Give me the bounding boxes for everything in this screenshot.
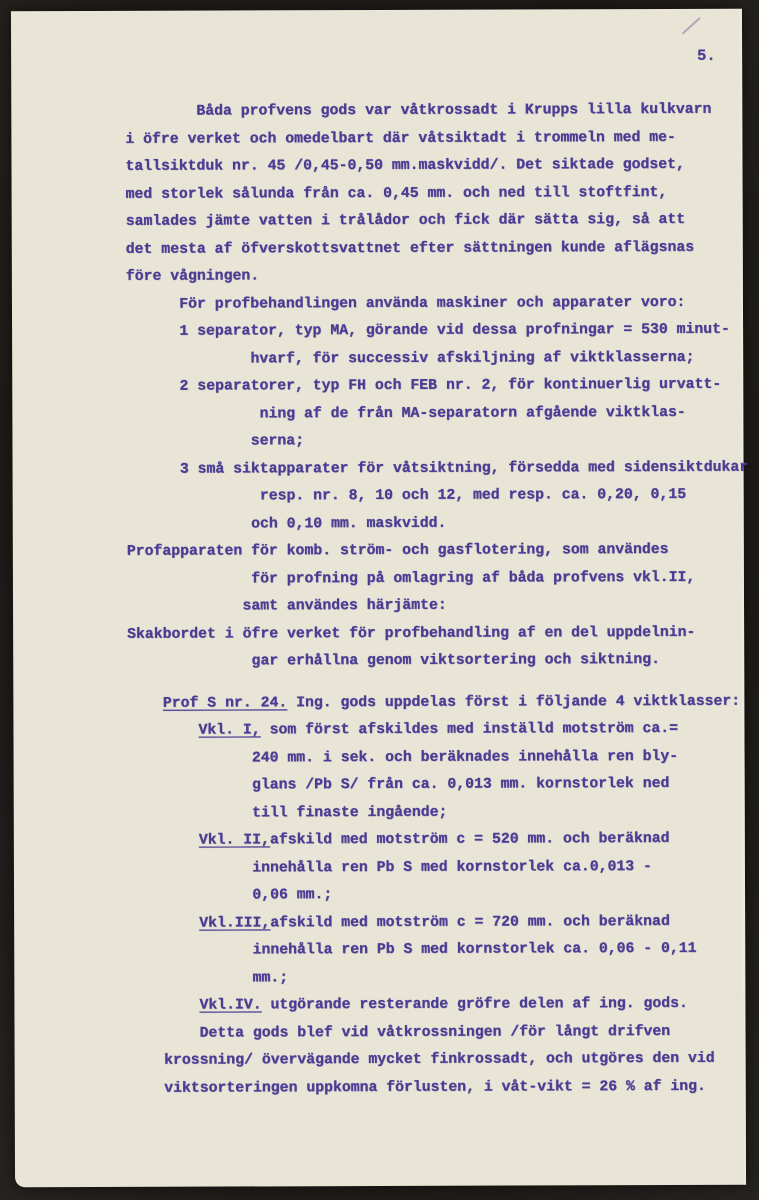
typed-line: Prof S nr. 24. Ing. gods uppdelas först …: [127, 688, 749, 718]
underlined-text: Prof S nr. 24.: [163, 695, 287, 711]
typed-line: Vkl.IV. utgörande resterande gröfre dele…: [128, 991, 750, 1021]
typed-line: samlades jämte vatten i trålådor och fic…: [126, 207, 748, 237]
typed-line: till finaste ingående;: [128, 798, 750, 828]
underlined-text: Vkl. II,: [199, 832, 270, 848]
typed-line: för profning på omlagring af båda profve…: [127, 564, 749, 594]
typed-line: serna;: [126, 427, 748, 457]
typed-line: ning af de från MA-separatorn afgående v…: [126, 399, 748, 429]
typed-line: före vågningen.: [126, 262, 748, 292]
typed-line: Vkl. I, som först afskildes med inställd…: [127, 716, 749, 746]
typed-line: krossning/ övervägande mycket finkrossad…: [129, 1046, 751, 1076]
typed-line: 0,06 mm.;: [128, 881, 750, 911]
typed-lines: Båda profvens gods var våtkrossadt i Kru…: [125, 97, 750, 1103]
typed-line: viktsorteringen uppkomna förlusten, i vå…: [129, 1073, 751, 1103]
underlined-text: Vkl.III,: [199, 915, 270, 931]
typed-line: resp. nr. 8, 10 och 12, med resp. ca. 0,…: [127, 482, 749, 512]
typed-line: Detta gods blef vid våtkrossningen /för …: [128, 1018, 750, 1048]
typed-line: innehålla ren Pb S med kornstorlek ca. 0…: [128, 936, 750, 966]
typed-line: med storlek sålunda från ca. 0,45 mm. oc…: [126, 179, 748, 209]
typed-line: hvarf, för successiv afskiljning af vikt…: [126, 344, 748, 374]
typed-line: i öfre verket och omedelbart där våtsikt…: [125, 124, 747, 154]
typed-line: Båda profvens gods var våtkrossadt i Kru…: [125, 97, 747, 127]
typed-line: 1 separator, typ MA, görande vid dessa p…: [126, 317, 748, 347]
underlined-text: Vkl.IV.: [199, 997, 261, 1013]
typed-line: 3 små siktapparater för våtsiktning, för…: [127, 454, 749, 484]
typed-line: mm.;: [128, 963, 750, 993]
page-number: 5.: [697, 47, 716, 65]
typed-line: Skakbordet i öfre verket för profbehandl…: [127, 619, 749, 649]
typed-line: och 0,10 mm. maskvidd.: [127, 509, 749, 539]
typed-line: För profbehandlingen använda maskiner oc…: [126, 289, 748, 319]
typed-line: det mesta af öfverskottsvattnet efter sä…: [126, 234, 748, 264]
photo-background: 5. Båda profvens gods var våtkrossadt i …: [0, 0, 759, 1200]
typed-line: glans /Pb S/ från ca. 0,013 mm. kornstor…: [128, 771, 750, 801]
typed-line: innehålla ren Pb S med kornstorlek ca.0,…: [128, 853, 750, 883]
typed-line: Vkl. II,afskild med motström c = 520 mm.…: [128, 826, 750, 856]
pencil-mark: [682, 17, 701, 34]
typed-line: Vkl.III,afskild med motström c = 720 mm.…: [128, 908, 750, 938]
typed-line: tallsiktduk nr. 45 /0,45-0,50 mm.maskvid…: [125, 152, 747, 182]
typed-line: Profapparaten för komb. ström- och gasfl…: [127, 537, 749, 567]
document-page: 5. Båda profvens gods var våtkrossadt i …: [11, 9, 746, 1188]
typed-line: 240 mm. i sek. och beräknades innehålla …: [128, 743, 750, 773]
underlined-text: Vkl. I,: [198, 722, 260, 738]
typed-line: samt användes härjämte:: [127, 592, 749, 622]
typed-line: gar erhållna genom viktsortering och sik…: [127, 647, 749, 677]
typed-line: 2 separatorer, typ FH och FEB nr. 2, för…: [126, 372, 748, 402]
